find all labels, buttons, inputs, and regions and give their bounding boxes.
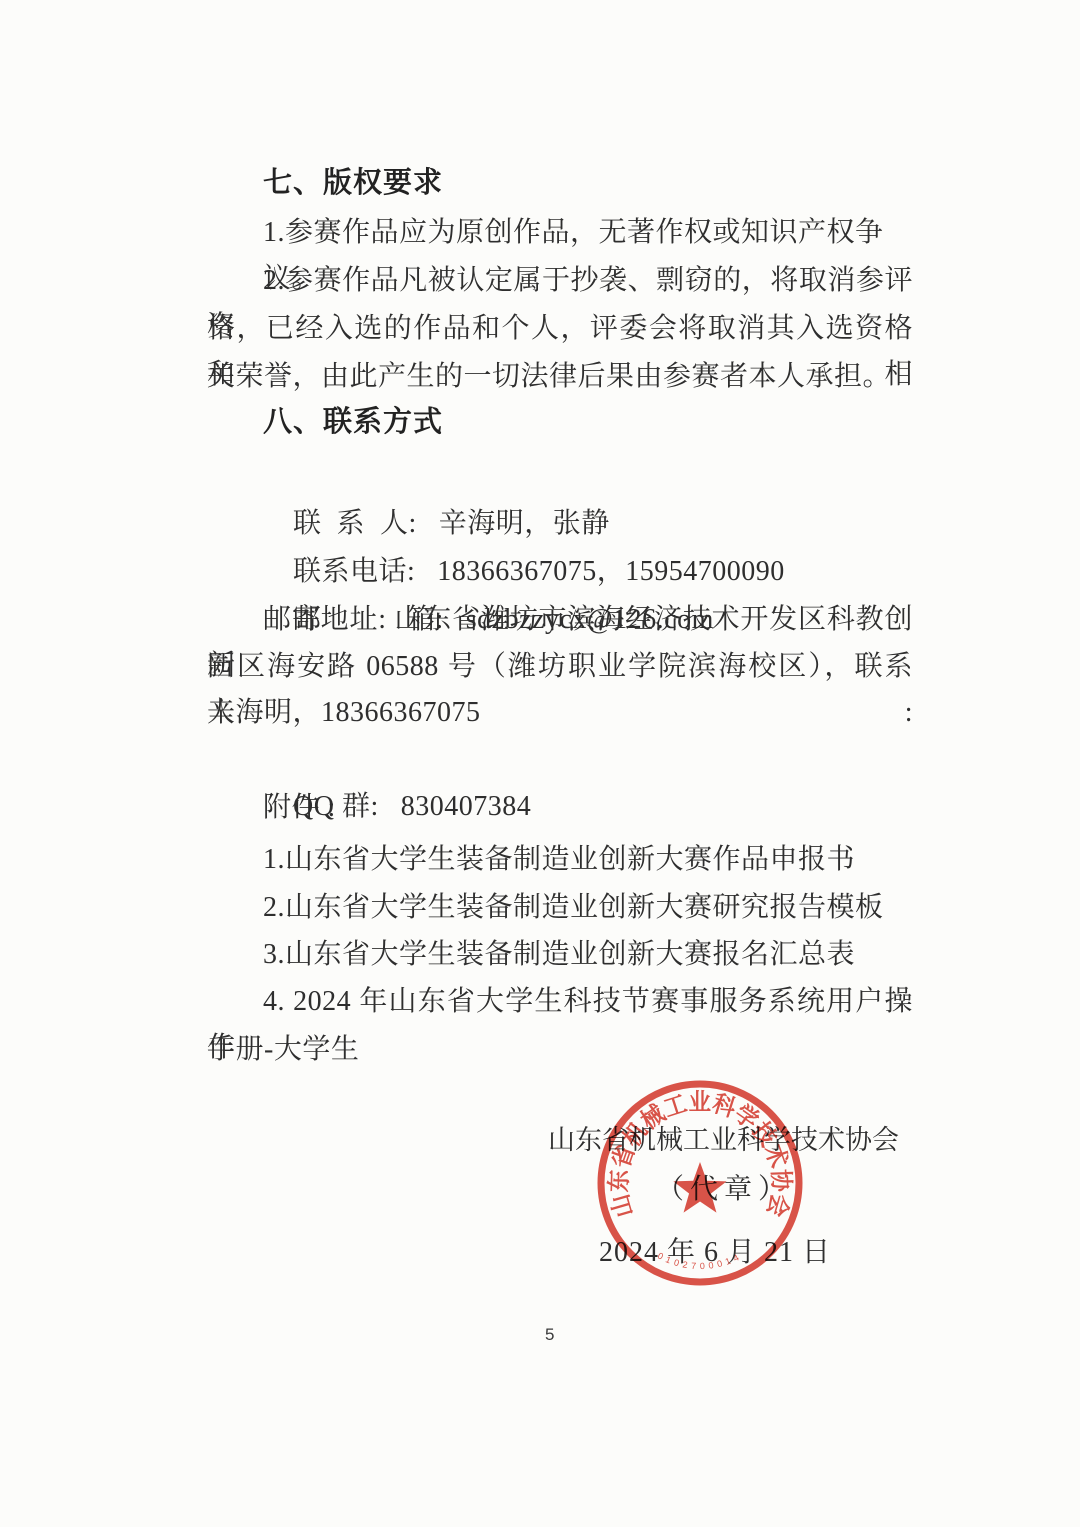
copyright-item-2-line-3: 关荣誉，由此产生的一切法律后果由参赛者本人承担。 <box>207 354 913 400</box>
copyright-item-1: 1.参赛作品应为原创作品，无著作权或知识产权争议。 <box>263 210 913 256</box>
attachments-title: 附件 : <box>263 785 913 831</box>
seal-star-icon <box>673 1162 726 1213</box>
copyright-item-2-line-1: 2.参赛作品凡被认定属于抄袭、剽窃的，将取消参评资 <box>207 258 913 304</box>
contact-phone-row: 联系电话:18366367075，15954700090 <box>263 503 913 549</box>
page-number: 5 <box>545 1323 585 1347</box>
document-page: 七、版权要求 1.参赛作品应为原创作品，无著作权或知识产权争议。 2.参赛作品凡… <box>0 0 1080 1527</box>
seal-serial-number: 0102700014 <box>656 1250 744 1271</box>
contact-heading: 八、联系方式 <box>263 399 913 445</box>
copyright-heading: 七、版权要求 <box>263 160 913 206</box>
attachment-item-2: 2.山东省大学生装备制造业创新大赛研究报告模板 <box>263 885 913 931</box>
contact-address-line-1: 邮寄地址: 山东省潍坊市滨海经济技术开发区科教创新 <box>207 597 913 643</box>
contact-person-row: 联 系 人:辛海明，张静 <box>263 455 913 501</box>
contact-email-row: 邮 箱:sdzbzzycx@126.com <box>263 551 913 597</box>
contact-qq-row: QQ 群:830407384 <box>263 738 913 784</box>
official-seal-stamp: 山东省机械工业科学技术协会 0102700014 <box>593 1076 807 1290</box>
svg-text:0102700014: 0102700014 <box>656 1250 744 1271</box>
contact-address-line-3: 辛海明，18366367075 <box>207 690 913 736</box>
attachment-item-4-line-2: 手册-大学生 <box>207 1027 913 1073</box>
copyright-item-2-line-2: 格，已经入选的作品和个人，评委会将取消其入选资格和相 <box>207 306 913 352</box>
attachment-item-1: 1.山东省大学生装备制造业创新大赛作品申报书 <box>263 837 913 883</box>
attachment-item-3: 3.山东省大学生装备制造业创新大赛报名汇总表 <box>263 932 913 978</box>
attachment-item-4-line-1: 4. 2024 年山东省大学生科技节赛事服务系统用户操作 <box>207 979 913 1025</box>
contact-address-line-2: 园区海安路 06588 号（潍坊职业学院滨海校区），联系人: <box>207 644 913 690</box>
